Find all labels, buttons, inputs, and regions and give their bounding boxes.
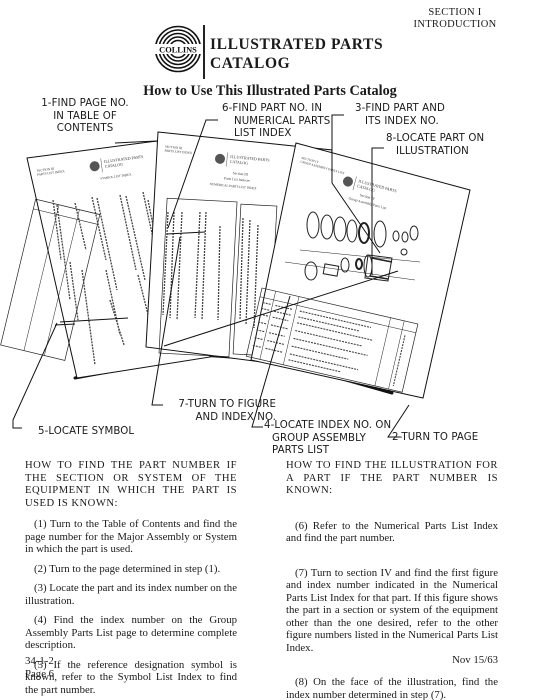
find-part-number-section: HOW TO FIND THE PART NUMBER IF THE SECTI… [25,460,237,700]
callout-line: ITS INDEX NO. [355,116,465,129]
callout-line: 4-LOCATE INDEX NO. ON [264,420,414,433]
callout-line: 5-LOCATE SYMBOL [38,426,134,439]
callout-2-turn-to-page: 2-TURN TO PAGE [392,432,478,445]
callout-line: 8-LOCATE PART ON [386,133,516,146]
callout-3-find-part-index: 3-FIND PART AND ITS INDEX NO. [355,103,465,128]
page-number: Page 6 [25,668,54,681]
callout-line: CONTENTS [30,123,140,136]
step-5: (5) If the reference designation symbol … [25,659,237,697]
find-illustration-heading: HOW TO FIND THE ILLUSTRATION FOR A PART … [286,460,498,498]
step-4: (4) Find the index number on the Group A… [25,614,237,652]
callout-7-turn-to-figure: 7-TURN TO FIGURE AND INDEX NO. [166,399,276,424]
callout-line: NUMERICAL PARTS [222,116,342,129]
callout-8-locate-part: 8-LOCATE PART ON ILLUSTRATION [386,133,516,158]
step-1: (1) Turn to the Table of Contents and fi… [25,518,237,556]
step-7: (7) Turn to section IV and find the firs… [286,567,498,655]
find-part-number-heading: HOW TO FIND THE PART NUMBER IF THE SECTI… [25,460,237,510]
callout-line: IN TABLE OF [30,111,140,124]
step-6: (6) Refer to the Numerical Parts List In… [286,520,498,545]
callout-line: 1-FIND PAGE NO. [30,98,140,111]
callout-line: 7-TURN TO FIGURE [166,399,276,412]
callout-line: 3-FIND PART AND [355,103,465,116]
step-2: (2) Turn to the page determined in step … [25,563,237,576]
step-3: (3) Locate the part and its index number… [25,582,237,607]
callout-line: 6-FIND PART NO. IN [222,103,342,116]
document-number: 34-1-2 [25,655,54,668]
callout-line: 2-TURN TO PAGE [392,432,478,445]
callout-5-locate-symbol: 5-LOCATE SYMBOL [38,426,134,439]
callout-line: LIST INDEX [222,128,342,141]
revision-date: Nov 15/63 [400,654,498,666]
callout-6-find-part-no: 6-FIND PART NO. IN NUMERICAL PARTS LIST … [222,103,342,141]
callout-line: ILLUSTRATION [386,146,516,159]
callout-line: AND INDEX NO. [166,412,276,425]
page-footer-left: 34-1-2 Page 6 [25,655,54,680]
callout-1-find-page-no: 1-FIND PAGE NO. IN TABLE OF CONTENTS [30,98,140,136]
callout-line: PARTS LIST [264,445,414,458]
step-8: (8) On the face of the illustration, fin… [286,676,498,700]
